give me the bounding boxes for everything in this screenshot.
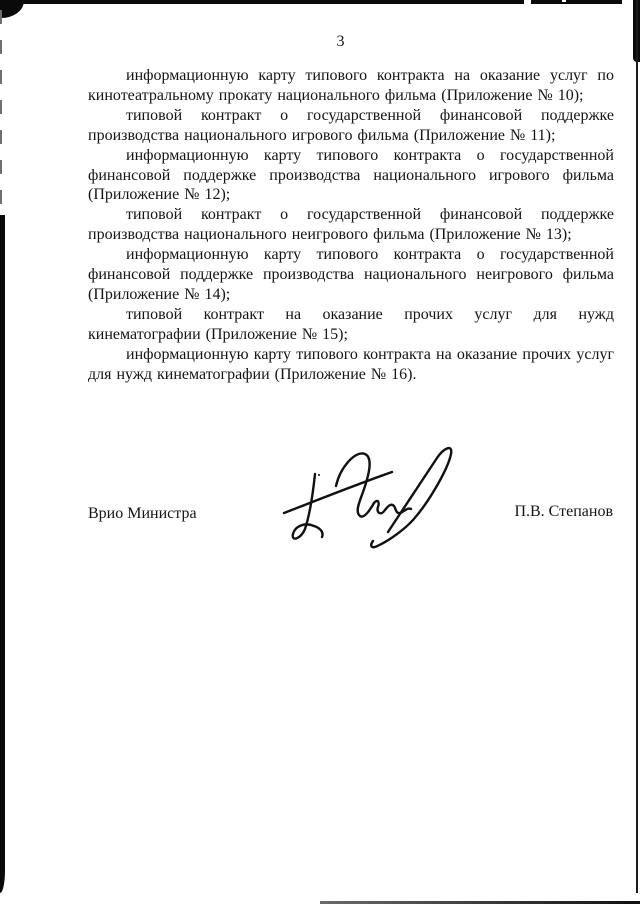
- document-body: информационную карту типового контракта …: [88, 66, 614, 385]
- handwritten-signature-icon: [270, 441, 480, 561]
- scan-edge-bottom: [320, 901, 640, 904]
- paragraph: информационную карту типового контракта …: [88, 245, 614, 305]
- scan-edge-top-gap: [524, 0, 531, 4]
- paragraph: информационную карту типового контракта …: [88, 66, 614, 106]
- signer-position: Врио Министра: [88, 504, 197, 524]
- scan-edge-top-gap: [562, 0, 566, 2]
- signer-name: П.В. Степанов: [514, 502, 613, 522]
- scanned-document-page: 3 информационную карту типового контракт…: [0, 0, 640, 905]
- scan-edge-left: [0, 215, 5, 893]
- scan-corner-top-left: [0, 0, 24, 18]
- paragraph: информационную карту типового контракта …: [88, 345, 614, 385]
- page-number: 3: [88, 33, 593, 51]
- paragraph: типовой контракт о государственной финан…: [88, 106, 614, 146]
- paragraph: типовой контракт на оказание прочих услу…: [88, 305, 614, 345]
- paragraph: информационную карту типового контракта …: [88, 146, 614, 206]
- paragraph: типовой контракт о государственной финан…: [88, 205, 614, 245]
- scan-edge-left-dashes: [0, 10, 2, 220]
- scan-edge-right: [636, 0, 638, 893]
